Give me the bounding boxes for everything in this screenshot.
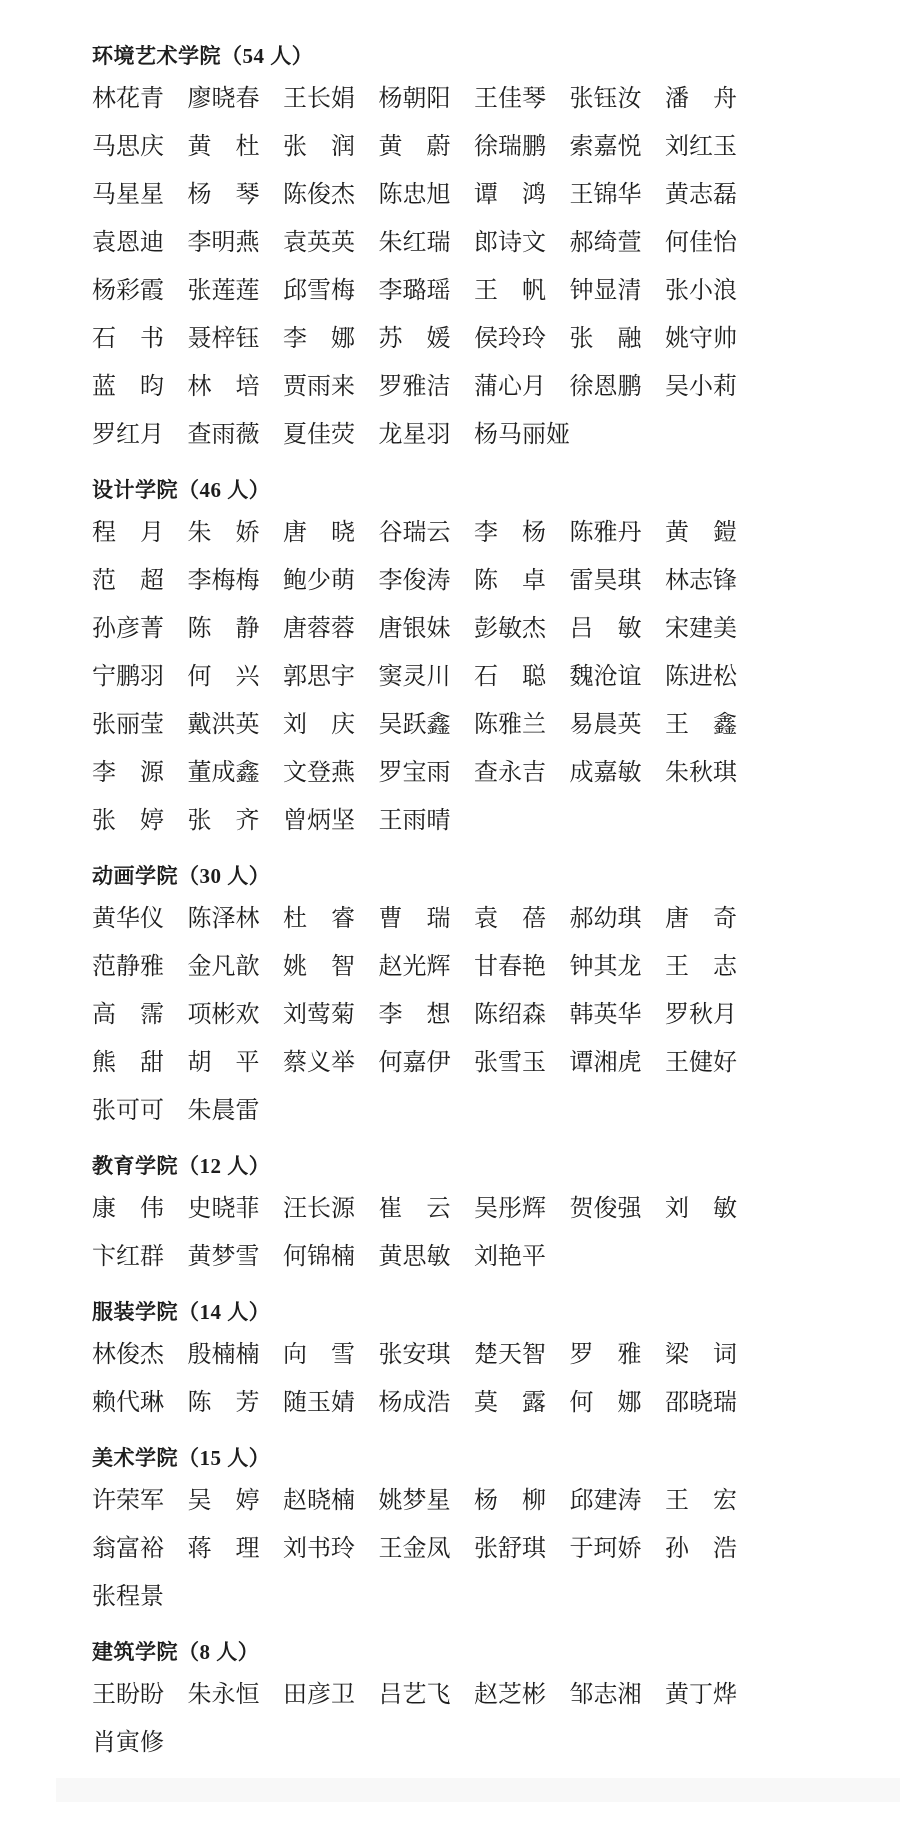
person-name: 项彬欢 xyxy=(188,1000,262,1030)
name-cell: 刘红玉 xyxy=(665,132,761,162)
person-name: 张舒琪 xyxy=(474,1534,548,1564)
person-name: 甘春艳 xyxy=(474,952,548,982)
name-cell: 林俊杰 xyxy=(92,1340,188,1370)
name-cell: 黄丁烨 xyxy=(665,1680,761,1710)
name-cell: 黄 杜 xyxy=(188,132,284,162)
name-cell: 邹志湘 xyxy=(570,1680,666,1710)
name-cell: 赵光辉 xyxy=(379,952,475,982)
person-name: 杨成浩 xyxy=(379,1388,453,1418)
person-name: 夏佳荧 xyxy=(283,420,357,450)
name-row: 宁鹏羽何 兴郭思宇窦灵川石 聪魏沧谊陈进松 xyxy=(92,653,838,701)
person-name: 窦灵川 xyxy=(379,662,453,692)
name-row: 康 伟史晓菲汪长源崔 云吴彤辉贺俊强刘 敏 xyxy=(92,1185,838,1233)
person-name: 邱建涛 xyxy=(570,1486,644,1516)
name-cell: 张小浪 xyxy=(665,276,761,306)
name-cell: 贾雨来 xyxy=(283,372,379,402)
person-name: 何锦楠 xyxy=(283,1242,357,1272)
name-row: 熊 甜胡 平蔡义举何嘉伊张雪玉谭湘虎王健好 xyxy=(92,1039,838,1087)
person-name: 王长娟 xyxy=(283,84,357,114)
person-name: 侯玲玲 xyxy=(474,324,548,354)
person-name: 翁富裕 xyxy=(92,1534,166,1564)
name-cell: 林志锋 xyxy=(665,566,761,596)
name-cell: 肖寅修 xyxy=(92,1728,188,1758)
person-name: 李璐瑶 xyxy=(379,276,453,306)
person-name: 吴彤辉 xyxy=(474,1194,548,1224)
name-cell: 陈俊杰 xyxy=(283,180,379,210)
person-name: 王锦华 xyxy=(570,180,644,210)
person-name: 贾雨来 xyxy=(283,372,357,402)
name-cell: 殷楠楠 xyxy=(188,1340,284,1370)
person-name: 刘红玉 xyxy=(665,132,739,162)
name-cell: 楚天智 xyxy=(474,1340,570,1370)
person-name: 鲍少萌 xyxy=(283,566,357,596)
name-row: 蓝 昀林 培贾雨来罗雅洁蒲心月徐恩鹏吴小莉 xyxy=(92,363,838,411)
name-cell: 朱永恒 xyxy=(188,1680,284,1710)
person-name: 刘莺菊 xyxy=(283,1000,357,1030)
person-name: 李 娜 xyxy=(283,324,357,354)
person-name: 孙 浩 xyxy=(665,1534,739,1564)
name-cell: 潘 舟 xyxy=(665,84,761,114)
name-cell: 王 志 xyxy=(665,952,761,982)
person-name: 张小浪 xyxy=(665,276,739,306)
name-cell: 陈进松 xyxy=(665,662,761,692)
name-cell: 唐银妹 xyxy=(379,614,475,644)
name-cell: 罗雅洁 xyxy=(379,372,475,402)
person-name: 朱秋琪 xyxy=(665,758,739,788)
section-title: 环境艺术学院（54 人） xyxy=(92,42,838,70)
person-name: 钟显清 xyxy=(570,276,644,306)
name-row: 石 书聂梓钰李 娜苏 媛侯玲玲张 融姚守帅 xyxy=(92,315,838,363)
person-name: 陈忠旭 xyxy=(379,180,453,210)
name-row: 赖代琳陈 芳随玉婧杨成浩莫 露何 娜邵晓瑞 xyxy=(92,1379,838,1427)
name-row: 张丽莹戴洪英刘 庆吴跃鑫陈雅兰易晨英王 鑫 xyxy=(92,701,838,749)
person-name: 郭思宇 xyxy=(283,662,357,692)
person-name: 董成鑫 xyxy=(188,758,262,788)
person-name: 魏沧谊 xyxy=(570,662,644,692)
name-cell: 朱晨雷 xyxy=(188,1096,284,1126)
name-cell: 韩英华 xyxy=(570,1000,666,1030)
name-cell: 陈泽林 xyxy=(188,904,284,934)
person-name: 孙彦菁 xyxy=(92,614,166,644)
name-cell: 张舒琪 xyxy=(474,1534,570,1564)
name-cell: 杨马丽娅 xyxy=(474,420,570,450)
person-name: 王 鑫 xyxy=(665,710,739,740)
person-name: 徐恩鹏 xyxy=(570,372,644,402)
person-name: 杜 睿 xyxy=(283,904,357,934)
name-cell: 易晨英 xyxy=(570,710,666,740)
person-name: 罗雅洁 xyxy=(379,372,453,402)
person-name: 王盼盼 xyxy=(92,1680,166,1710)
name-cell: 林花青 xyxy=(92,84,188,114)
name-cell: 李 源 xyxy=(92,758,188,788)
name-cell: 郝绮萱 xyxy=(570,228,666,258)
name-cell: 何佳怡 xyxy=(665,228,761,258)
name-cell: 李明燕 xyxy=(188,228,284,258)
person-name: 熊 甜 xyxy=(92,1048,166,1078)
person-name: 曹 瑞 xyxy=(379,904,453,934)
name-row: 高 霈项彬欢刘莺菊李 想陈绍森韩英华罗秋月 xyxy=(92,991,838,1039)
section-title: 服装学院（14 人） xyxy=(92,1298,838,1326)
name-cell: 宁鹏羽 xyxy=(92,662,188,692)
name-cell: 罗 雅 xyxy=(570,1340,666,1370)
name-cell: 高 霈 xyxy=(92,1000,188,1030)
name-cell: 王金凤 xyxy=(379,1534,475,1564)
name-cell: 马思庆 xyxy=(92,132,188,162)
person-name: 马思庆 xyxy=(92,132,166,162)
person-name: 陈绍森 xyxy=(474,1000,548,1030)
name-cell: 董成鑫 xyxy=(188,758,284,788)
person-name: 黄 蔚 xyxy=(379,132,453,162)
person-name: 肖寅修 xyxy=(92,1728,166,1758)
name-cell: 张 融 xyxy=(570,324,666,354)
person-name: 黄 鎧 xyxy=(665,518,739,548)
name-cell: 于珂娇 xyxy=(570,1534,666,1564)
person-name: 刘书玲 xyxy=(283,1534,357,1564)
name-cell: 张安琪 xyxy=(379,1340,475,1370)
person-name: 康 伟 xyxy=(92,1194,166,1224)
person-name: 莫 露 xyxy=(474,1388,548,1418)
name-cell: 崔 云 xyxy=(379,1194,475,1224)
person-name: 林 培 xyxy=(188,372,262,402)
person-name: 汪长源 xyxy=(283,1194,357,1224)
person-name: 范静雅 xyxy=(92,952,166,982)
name-row: 林俊杰殷楠楠向 雪张安琪楚天智罗 雅梁 词 xyxy=(92,1331,838,1379)
name-cell: 金凡歆 xyxy=(188,952,284,982)
person-name: 向 雪 xyxy=(283,1340,357,1370)
name-cell: 程 月 xyxy=(92,518,188,548)
person-name: 黄思敏 xyxy=(379,1242,453,1272)
person-name: 何 兴 xyxy=(188,662,262,692)
person-name: 潘 舟 xyxy=(665,84,739,114)
person-name: 刘 敏 xyxy=(665,1194,739,1224)
name-cell: 袁恩迪 xyxy=(92,228,188,258)
name-cell: 朱秋琪 xyxy=(665,758,761,788)
section-title: 教育学院（12 人） xyxy=(92,1152,838,1180)
name-cell: 蒲心月 xyxy=(474,372,570,402)
person-name: 朱红瑞 xyxy=(379,228,453,258)
person-name: 徐瑞鹏 xyxy=(474,132,548,162)
name-cell: 朱红瑞 xyxy=(379,228,475,258)
name-cell: 郎诗文 xyxy=(474,228,570,258)
name-cell: 徐恩鹏 xyxy=(570,372,666,402)
name-row: 张程景 xyxy=(92,1573,838,1621)
footer-band xyxy=(56,1778,900,1802)
name-cell: 张丽莹 xyxy=(92,710,188,740)
name-cell: 王健好 xyxy=(665,1048,761,1078)
name-cell: 杜 睿 xyxy=(283,904,379,934)
name-cell: 李俊涛 xyxy=(379,566,475,596)
person-name: 蔡义举 xyxy=(283,1048,357,1078)
person-name: 苏 媛 xyxy=(379,324,453,354)
name-cell: 曹 瑞 xyxy=(379,904,475,934)
person-name: 曾炳坚 xyxy=(283,806,357,836)
person-name: 杨朝阳 xyxy=(379,84,453,114)
name-cell: 石 聪 xyxy=(474,662,570,692)
name-row: 马思庆黄 杜张 润黄 蔚徐瑞鹏索嘉悦刘红玉 xyxy=(92,123,838,171)
name-cell: 宋建美 xyxy=(665,614,761,644)
name-row: 许荣军吴 婷赵晓楠姚梦星杨 柳邱建涛王 宏 xyxy=(92,1477,838,1525)
name-cell: 吕 敏 xyxy=(570,614,666,644)
name-cell: 卞红群 xyxy=(92,1242,188,1272)
person-name: 唐 晓 xyxy=(283,518,357,548)
name-cell: 陈 静 xyxy=(188,614,284,644)
name-cell: 谷瑞云 xyxy=(379,518,475,548)
name-cell: 黄志磊 xyxy=(665,180,761,210)
name-cell: 姚守帅 xyxy=(665,324,761,354)
person-name: 史晓菲 xyxy=(188,1194,262,1224)
person-name: 廖晓春 xyxy=(188,84,262,114)
name-cell: 张雪玉 xyxy=(474,1048,570,1078)
person-name: 石 书 xyxy=(92,324,166,354)
name-cell: 朱 娇 xyxy=(188,518,284,548)
person-name: 陈雅丹 xyxy=(570,518,644,548)
name-cell: 吴 婷 xyxy=(188,1486,284,1516)
person-name: 罗红月 xyxy=(92,420,166,450)
person-name: 陈 静 xyxy=(188,614,262,644)
person-name: 陈 芳 xyxy=(188,1388,262,1418)
name-cell: 蓝 昀 xyxy=(92,372,188,402)
person-name: 黄 杜 xyxy=(188,132,262,162)
name-cell: 袁英英 xyxy=(283,228,379,258)
person-name: 黄丁烨 xyxy=(665,1680,739,1710)
name-cell: 汪长源 xyxy=(283,1194,379,1224)
person-name: 吴跃鑫 xyxy=(379,710,453,740)
name-cell: 袁 蓓 xyxy=(474,904,570,934)
name-cell: 陈忠旭 xyxy=(379,180,475,210)
person-name: 查雨薇 xyxy=(188,420,262,450)
name-cell: 文登燕 xyxy=(283,758,379,788)
person-name: 钟其龙 xyxy=(570,952,644,982)
name-cell: 姚 智 xyxy=(283,952,379,982)
person-name: 林俊杰 xyxy=(92,1340,166,1370)
name-cell: 向 雪 xyxy=(283,1340,379,1370)
name-cell: 杨成浩 xyxy=(379,1388,475,1418)
name-cell: 王锦华 xyxy=(570,180,666,210)
person-name: 黄梦雪 xyxy=(188,1242,262,1272)
name-cell: 彭敏杰 xyxy=(474,614,570,644)
name-cell: 张 齐 xyxy=(188,806,284,836)
person-name: 张丽莹 xyxy=(92,710,166,740)
name-cell: 魏沧谊 xyxy=(570,662,666,692)
person-name: 李 想 xyxy=(379,1000,453,1030)
roster: 环境艺术学院（54 人）林花青廖晓春王长娟杨朝阳王佳琴张钰汝潘 舟马思庆黄 杜张… xyxy=(92,42,838,1767)
name-row: 肖寅修 xyxy=(92,1719,838,1767)
person-name: 郝幼琪 xyxy=(570,904,644,934)
person-name: 石 聪 xyxy=(474,662,548,692)
name-row: 李 源董成鑫文登燕罗宝雨查永吉成嘉敏朱秋琪 xyxy=(92,749,838,797)
person-name: 戴洪英 xyxy=(188,710,262,740)
name-row: 杨彩霞张莲莲邱雪梅李璐瑶王 帆钟显清张小浪 xyxy=(92,267,838,315)
person-name: 宋建美 xyxy=(665,614,739,644)
person-name: 楚天智 xyxy=(474,1340,548,1370)
name-cell: 姚梦星 xyxy=(379,1486,475,1516)
name-cell: 陈绍森 xyxy=(474,1000,570,1030)
name-cell: 孙 浩 xyxy=(665,1534,761,1564)
name-cell: 李璐瑶 xyxy=(379,276,475,306)
name-cell: 范 超 xyxy=(92,566,188,596)
person-name: 吕 敏 xyxy=(570,614,644,644)
name-cell: 田彦卫 xyxy=(283,1680,379,1710)
name-cell: 王佳琴 xyxy=(474,84,570,114)
name-cell: 刘 庆 xyxy=(283,710,379,740)
name-cell: 范静雅 xyxy=(92,952,188,982)
section: 动画学院（30 人）黄华仪陈泽林杜 睿曹 瑞袁 蓓郝幼琪唐 奇范静雅金凡歆姚 智… xyxy=(92,862,838,1135)
name-cell: 陈雅兰 xyxy=(474,710,570,740)
name-cell: 杨彩霞 xyxy=(92,276,188,306)
person-name: 许荣军 xyxy=(92,1486,166,1516)
person-name: 范 超 xyxy=(92,566,166,596)
person-name: 高 霈 xyxy=(92,1000,166,1030)
name-cell: 黄 鎧 xyxy=(665,518,761,548)
person-name: 朱晨雷 xyxy=(188,1096,262,1126)
name-cell: 何 兴 xyxy=(188,662,284,692)
person-name: 杨彩霞 xyxy=(92,276,166,306)
name-row: 罗红月查雨薇夏佳荧龙星羽杨马丽娅 xyxy=(92,411,838,459)
name-cell: 邱建涛 xyxy=(570,1486,666,1516)
name-row: 黄华仪陈泽林杜 睿曹 瑞袁 蓓郝幼琪唐 奇 xyxy=(92,895,838,943)
person-name: 龙星羽 xyxy=(379,420,453,450)
name-cell: 唐 奇 xyxy=(665,904,761,934)
name-cell: 黄梦雪 xyxy=(188,1242,284,1272)
name-cell: 康 伟 xyxy=(92,1194,188,1224)
person-name: 王 志 xyxy=(665,952,739,982)
person-name: 张 齐 xyxy=(188,806,262,836)
person-name: 王 帆 xyxy=(474,276,548,306)
person-name: 何 娜 xyxy=(570,1388,644,1418)
name-cell: 窦灵川 xyxy=(379,662,475,692)
name-cell: 谭 鸿 xyxy=(474,180,570,210)
section: 教育学院（12 人）康 伟史晓菲汪长源崔 云吴彤辉贺俊强刘 敏卞红群黄梦雪何锦楠… xyxy=(92,1152,838,1281)
name-cell: 张莲莲 xyxy=(188,276,284,306)
person-name: 卞红群 xyxy=(92,1242,166,1272)
name-cell: 何嘉伊 xyxy=(379,1048,475,1078)
person-name: 张安琪 xyxy=(379,1340,453,1370)
person-name: 袁英英 xyxy=(283,228,357,258)
person-name: 张可可 xyxy=(92,1096,166,1126)
person-name: 郎诗文 xyxy=(474,228,548,258)
person-name: 成嘉敏 xyxy=(570,758,644,788)
person-name: 杨马丽娅 xyxy=(474,420,570,450)
name-cell: 钟其龙 xyxy=(570,952,666,982)
name-cell: 石 书 xyxy=(92,324,188,354)
name-cell: 谭湘虎 xyxy=(570,1048,666,1078)
person-name: 梁 词 xyxy=(665,1340,739,1370)
name-cell: 罗红月 xyxy=(92,420,188,450)
name-cell: 王盼盼 xyxy=(92,1680,188,1710)
person-name: 罗秋月 xyxy=(665,1000,739,1030)
name-row: 袁恩迪李明燕袁英英朱红瑞郎诗文郝绮萱何佳怡 xyxy=(92,219,838,267)
person-name: 易晨英 xyxy=(570,710,644,740)
name-cell: 赵晓楠 xyxy=(283,1486,379,1516)
name-cell: 李 想 xyxy=(379,1000,475,1030)
name-row: 张可可朱晨雷 xyxy=(92,1087,838,1135)
name-cell: 李 娜 xyxy=(283,324,379,354)
person-name: 赵芝彬 xyxy=(474,1680,548,1710)
person-name: 李明燕 xyxy=(188,228,262,258)
name-cell: 许荣军 xyxy=(92,1486,188,1516)
name-cell: 项彬欢 xyxy=(188,1000,284,1030)
name-cell: 邵晓瑞 xyxy=(665,1388,761,1418)
person-name: 何嘉伊 xyxy=(379,1048,453,1078)
person-name: 查永吉 xyxy=(474,758,548,788)
name-cell: 莫 露 xyxy=(474,1388,570,1418)
name-cell: 吕艺飞 xyxy=(379,1680,475,1710)
person-name: 陈进松 xyxy=(665,662,739,692)
person-name: 随玉婧 xyxy=(283,1388,357,1418)
name-cell: 成嘉敏 xyxy=(570,758,666,788)
name-cell: 徐瑞鹏 xyxy=(474,132,570,162)
name-cell: 索嘉悦 xyxy=(570,132,666,162)
name-cell: 李 杨 xyxy=(474,518,570,548)
person-name: 陈泽林 xyxy=(188,904,262,934)
person-name: 黄华仪 xyxy=(92,904,166,934)
name-cell: 杨 柳 xyxy=(474,1486,570,1516)
person-name: 林志锋 xyxy=(665,566,739,596)
name-cell: 赵芝彬 xyxy=(474,1680,570,1710)
name-row: 张 婷张 齐曾炳坚王雨晴 xyxy=(92,797,838,845)
person-name: 刘 庆 xyxy=(283,710,357,740)
person-name: 赵光辉 xyxy=(379,952,453,982)
person-name: 黄志磊 xyxy=(665,180,739,210)
name-cell: 王 帆 xyxy=(474,276,570,306)
name-cell: 张可可 xyxy=(92,1096,188,1126)
name-cell: 随玉婧 xyxy=(283,1388,379,1418)
person-name: 宁鹏羽 xyxy=(92,662,166,692)
person-name: 李梅梅 xyxy=(188,566,262,596)
name-cell: 郝幼琪 xyxy=(570,904,666,934)
person-name: 李 源 xyxy=(92,758,166,788)
person-name: 罗 雅 xyxy=(570,1340,644,1370)
name-cell: 黄思敏 xyxy=(379,1242,475,1272)
name-cell: 郭思宇 xyxy=(283,662,379,692)
person-name: 王金凤 xyxy=(379,1534,453,1564)
name-cell: 查永吉 xyxy=(474,758,570,788)
person-name: 姚 智 xyxy=(283,952,357,982)
person-name: 张钰汝 xyxy=(570,84,644,114)
section-title: 建筑学院（8 人） xyxy=(92,1638,838,1666)
section-title: 设计学院（46 人） xyxy=(92,476,838,504)
name-cell: 刘艳平 xyxy=(474,1242,570,1272)
name-cell: 张 润 xyxy=(283,132,379,162)
name-cell: 曾炳坚 xyxy=(283,806,379,836)
name-cell: 黄华仪 xyxy=(92,904,188,934)
name-row: 翁富裕蒋 理刘书玲王金凤张舒琪于珂娇孙 浩 xyxy=(92,1525,838,1573)
person-name: 文登燕 xyxy=(283,758,357,788)
person-name: 邱雪梅 xyxy=(283,276,357,306)
name-cell: 杨朝阳 xyxy=(379,84,475,114)
name-cell: 唐 晓 xyxy=(283,518,379,548)
section: 设计学院（46 人）程 月朱 娇唐 晓谷瑞云李 杨陈雅丹黄 鎧范 超李梅梅鲍少萌… xyxy=(92,476,838,845)
name-cell: 邱雪梅 xyxy=(283,276,379,306)
name-cell: 王雨晴 xyxy=(379,806,475,836)
name-cell: 罗秋月 xyxy=(665,1000,761,1030)
name-cell: 黄 蔚 xyxy=(379,132,475,162)
document-page: 环境艺术学院（54 人）林花青廖晓春王长娟杨朝阳王佳琴张钰汝潘 舟马思庆黄 杜张… xyxy=(0,0,900,1832)
person-name: 姚梦星 xyxy=(379,1486,453,1516)
person-name: 金凡歆 xyxy=(188,952,262,982)
name-cell: 贺俊强 xyxy=(570,1194,666,1224)
person-name: 罗宝雨 xyxy=(379,758,453,788)
person-name: 林花青 xyxy=(92,84,166,114)
name-row: 林花青廖晓春王长娟杨朝阳王佳琴张钰汝潘 舟 xyxy=(92,75,838,123)
person-name: 郝绮萱 xyxy=(570,228,644,258)
name-row: 范 超李梅梅鲍少萌李俊涛陈 卓雷昊琪林志锋 xyxy=(92,557,838,605)
person-name: 殷楠楠 xyxy=(188,1340,262,1370)
person-name: 王 宏 xyxy=(665,1486,739,1516)
person-name: 赖代琳 xyxy=(92,1388,166,1418)
person-name: 崔 云 xyxy=(379,1194,453,1224)
name-cell: 龙星羽 xyxy=(379,420,475,450)
